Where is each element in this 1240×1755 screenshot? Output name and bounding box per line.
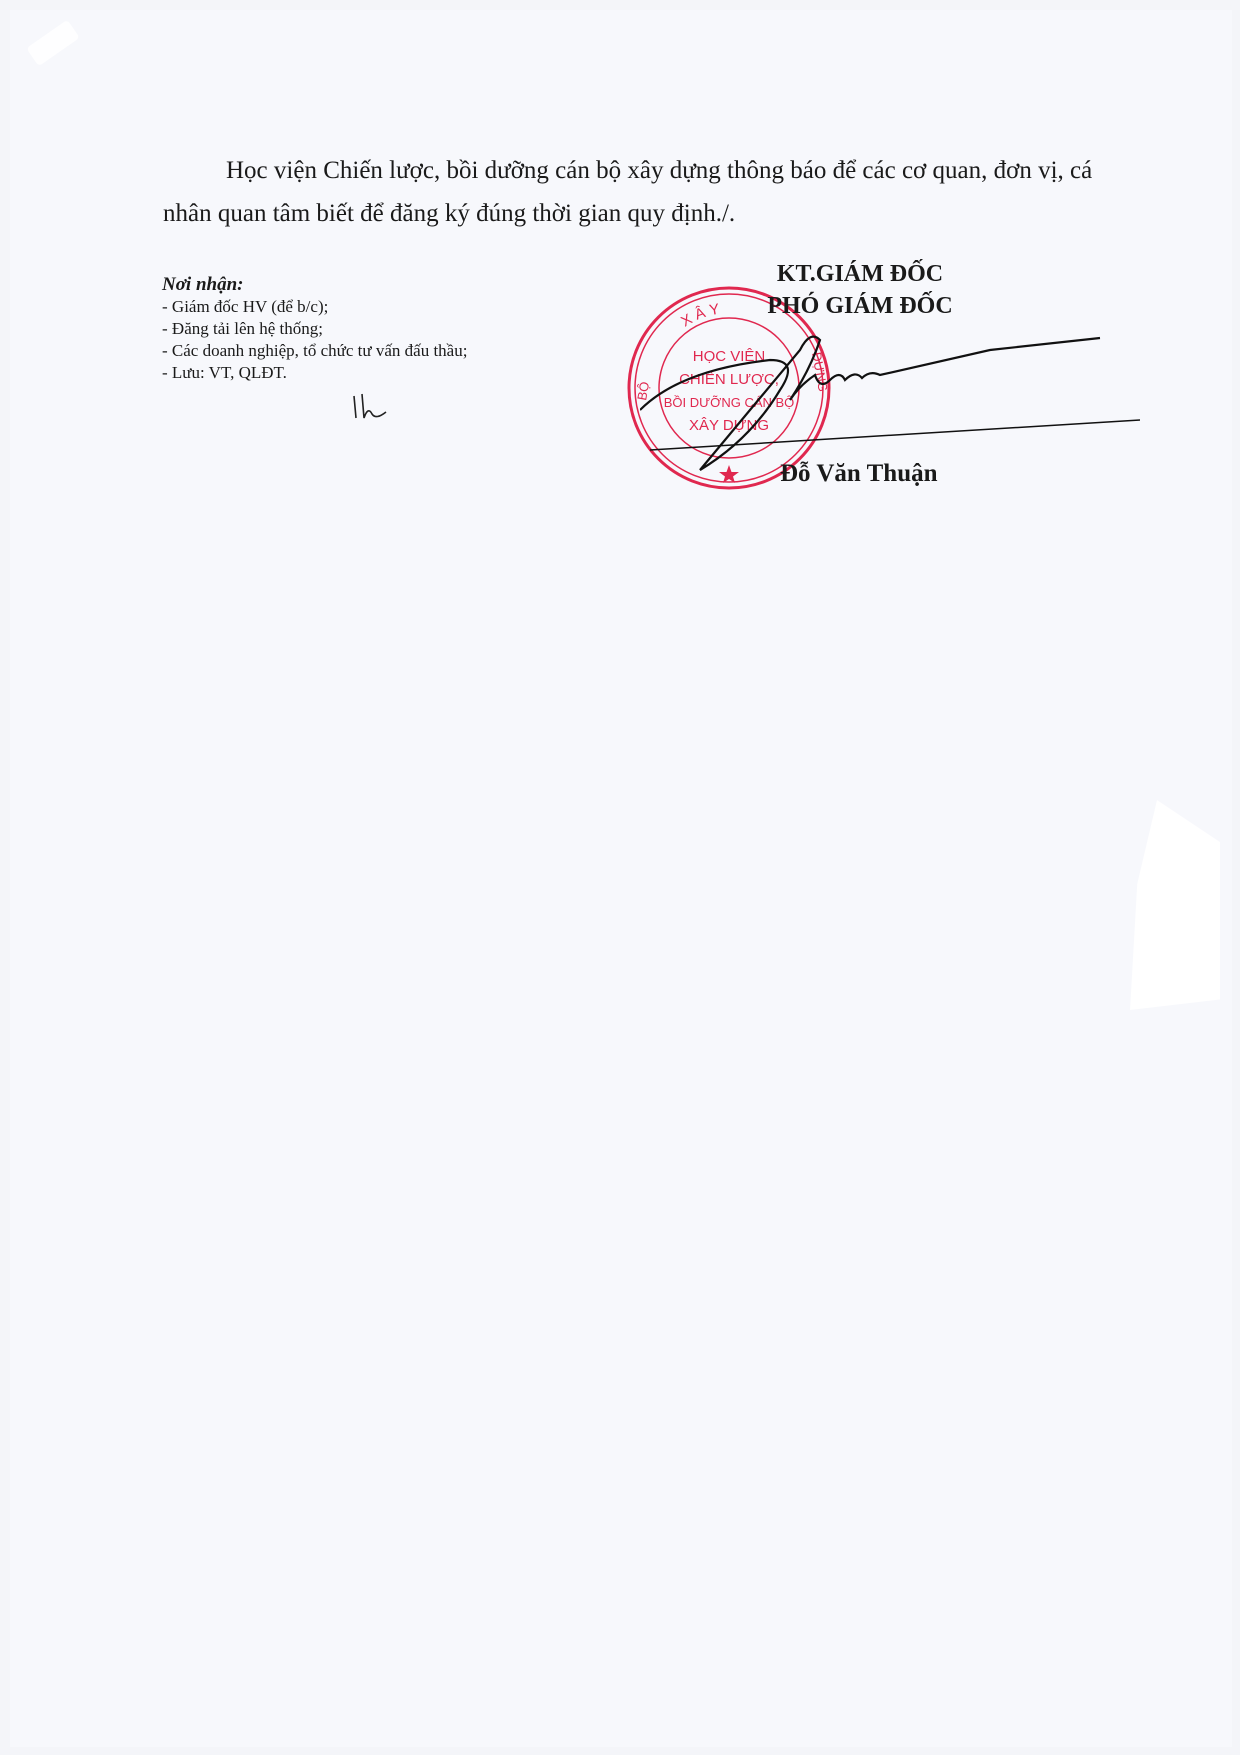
body-paragraph: Học viện Chiến lược, bồi dưỡng cán bộ xâ… (163, 149, 1093, 235)
recipients-title: Nơi nhận: (162, 274, 467, 296)
handwritten-signature (640, 330, 1140, 480)
torn-paper-patch (1130, 800, 1220, 1010)
signature-block: KT.GIÁM ĐỐC PHÓ GIÁM ĐỐC (700, 258, 1020, 322)
recipients-list: Nơi nhận: - Giám đốc HV (để b/c); - Đăng… (162, 274, 467, 384)
recipient-item: - Giám đốc HV (để b/c); (162, 296, 467, 318)
paper-crease (26, 20, 80, 67)
recipient-item: - Lưu: VT, QLĐT. (162, 362, 467, 384)
signer-name: Đỗ Văn Thuận (780, 460, 938, 488)
handwritten-initials (350, 392, 390, 422)
recipient-item: - Đăng tải lên hệ thống; (162, 318, 467, 340)
signature-title-2: PHÓ GIÁM ĐỐC (700, 290, 1020, 322)
signature-title-1: KT.GIÁM ĐỐC (700, 258, 1020, 290)
recipient-item: - Các doanh nghiệp, tổ chức tư vấn đấu t… (162, 340, 467, 362)
document-page (10, 10, 1232, 1747)
